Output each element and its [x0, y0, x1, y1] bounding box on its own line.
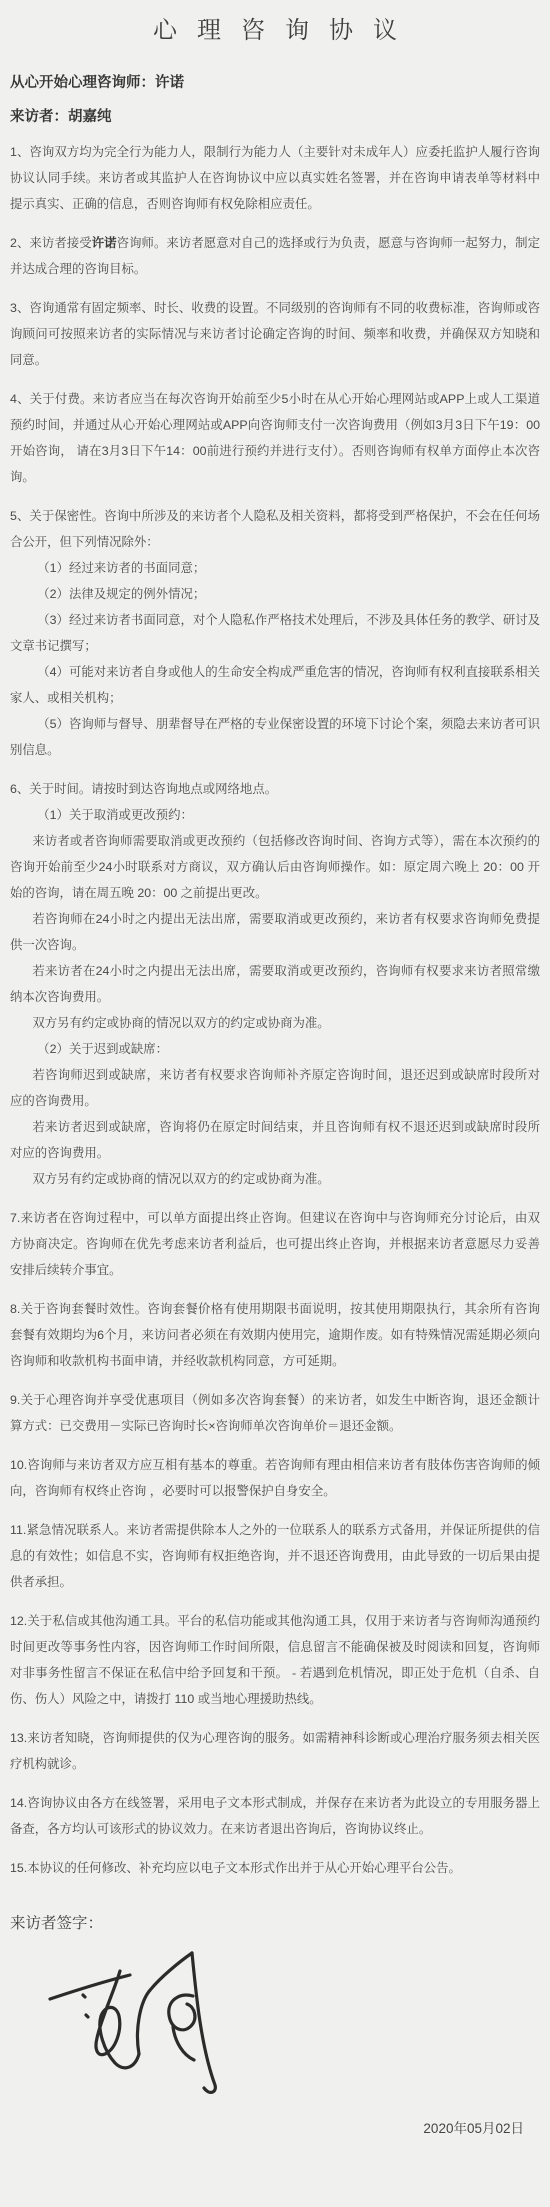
signature-date: 2020年05月02日 [10, 2117, 524, 2137]
clause-12: 12.关于私信或其他沟通工具。平台的私信功能或其他沟通工具，仅用于来访者与咨询师… [10, 1608, 540, 1712]
clause-4: 4、关于付费。来访者应当在每次咨询开始前至少5小时在从心开始心理网站或APP上或… [10, 386, 540, 490]
clause-6-item-2-text-b: 若来访者迟到或缺席，咨询将仍在原定时间结束，并且咨询师有权不退还迟到或缺席时段所… [10, 1114, 540, 1166]
agreement-page: 心理咨询协议 从心开始心理咨询师：许诺 来访者：胡嘉纯 1、咨询双方均为完全行为… [0, 0, 550, 2207]
clause-2-pre: 2、来访者接受 [10, 236, 92, 250]
visitor-signature-area [10, 1933, 540, 2111]
clause-5-intro: 5、关于保密性。咨询中所涉及的来访者个人隐私及相关资料，都将受到严格保护，不会在… [10, 503, 540, 555]
clause-7: 7.来访者在咨询过程中，可以单方面提出终止咨询。但建议在咨询中与咨询师充分讨论后… [10, 1205, 540, 1283]
clause-6-item-1-text-d: 双方另有约定或协商的情况以双方的约定或协商为准。 [10, 1010, 540, 1036]
clause-5-item-3: （3）经过来访者书面同意，对个人隐私作严格技术处理后，不涉及具体任务的教学、研讨… [10, 607, 540, 659]
clause-9: 9.关于心理咨询并享受优惠项目（例如多次咨询套餐）的来访者，如发生中断咨询，退还… [10, 1387, 540, 1439]
clause-8: 8.关于咨询套餐时效性。咨询套餐价格有使用期限书面说明，按其使用期限执行，其余所… [10, 1296, 540, 1374]
clause-6-item-1-text-b: 若咨询师在24小时之内提出无法出席，需要取消或更改预约，来访者有权要求咨询师免费… [10, 906, 540, 958]
clause-5-item-5: （5）咨询师与督导、朋辈督导在严格的专业保密设置的环境下讨论个案，须隐去来访者可… [10, 711, 540, 763]
clause-6-item-1-text-c: 若来访者在24小时之内提出无法出席，需要取消或更改预约，咨询师有权要求来访者照常… [10, 958, 540, 1010]
clause-3: 3、咨询通常有固定频率、时长、收费的设置。不同级别的咨询师有不同的收费标准，咨询… [10, 295, 540, 373]
clause-10: 10.咨询师与来访者双方应互相有基本的尊重。若咨询师有理由相信来访者有肢体伤害咨… [10, 1452, 540, 1504]
clause-15: 15.本协议的任何修改、补充均应以电子文本形式作出并于从心开始心理平台公告。 [10, 1855, 540, 1881]
clause-6-item-1-text-a: 来访者或者咨询师需要取消或更改预约（包括修改咨询时间、咨询方式等），需在本次预约… [10, 828, 540, 906]
clause-13: 13.来访者知晓，咨询师提供的仅为心理咨询的服务。如需精神科诊断或心理治疗服务须… [10, 1725, 540, 1777]
clause-2: 2、来访者接受许诺咨询师。来访者愿意对自己的选择或行为负责，愿意与咨询师一起努力… [10, 230, 540, 282]
clause-6-intro: 6、关于时间。请按时到达咨询地点或网络地点。 [10, 776, 540, 802]
counselor-line: 从心开始心理咨询师：许诺 [10, 71, 540, 92]
clause-5-item-4: （4）可能对来访者自身或他人的生命安全构成严重危害的情况，咨询师有权利直接联系相… [10, 659, 540, 711]
clause-14: 14.咨询协议由各方在线签署，采用电子文本形式制成，并保存在来访者为此设立的专用… [10, 1790, 540, 1842]
clause-1: 1、咨询双方均为完全行为能力人，限制行为能力人（主要针对未成年人）应委托监护人履… [10, 139, 540, 217]
clause-6-item-2-text-a: 若咨询师迟到或缺席，来访者有权要求咨询师补齐原定咨询时间，退还迟到或缺席时段所对… [10, 1062, 540, 1114]
clause-6-item-2-head: （2）关于迟到或缺席： [10, 1036, 540, 1062]
visitor-signature-drawing [42, 1939, 242, 2109]
clause-6-item-1-head: （1）关于取消或更改预约： [10, 802, 540, 828]
clause-6-item-2-text-c: 双方另有约定或协商的情况以双方的约定或协商为准。 [10, 1166, 540, 1192]
counselor-name-inline: 许诺 [92, 236, 117, 250]
agreement-body: 1、咨询双方均为完全行为能力人，限制行为能力人（主要针对未成年人）应委托监护人履… [10, 139, 540, 1881]
clause-11: 11.紧急情况联系人。来访者需提供除本人之外的一位联系人的联系方式备用，并保证所… [10, 1517, 540, 1595]
page-title: 心理咨询协议 [10, 10, 540, 45]
visitor-line: 来访者：胡嘉纯 [10, 105, 540, 126]
clause-5-item-2: （2）法律及规定的例外情况； [10, 581, 540, 607]
clause-5-item-1: （1）经过来访者的书面同意； [10, 555, 540, 581]
visitor-signature-label: 来访者签字： [10, 1911, 540, 1933]
